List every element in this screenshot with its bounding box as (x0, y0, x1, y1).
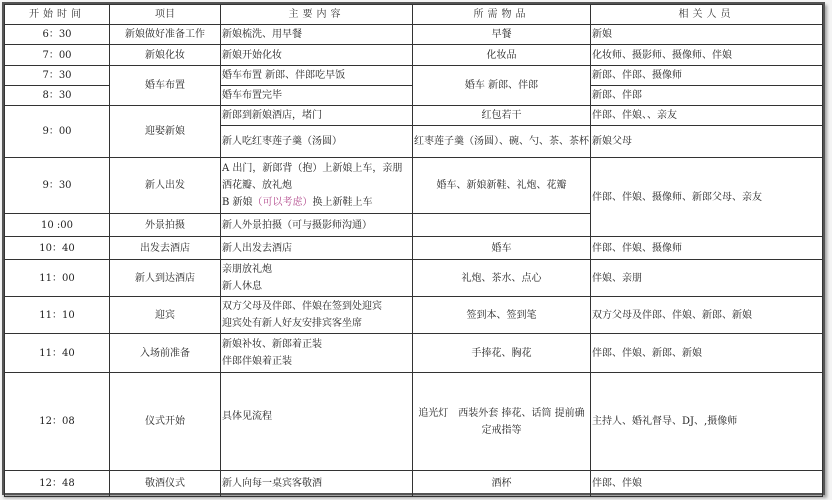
header-time: 开始时间 (5, 5, 110, 25)
people-cell: 新娘父母 (591, 126, 823, 158)
people-cell: 伴郎、伴娘、新郎、新娘 (591, 334, 823, 373)
header-row: 开始时间 项目 主要内容 所需物品 相关人员 (5, 5, 823, 25)
content-cell: 新娘梳洗、用早餐 (221, 25, 413, 45)
content-line-2: 伴郎伴娘着正装 (222, 353, 411, 370)
item-cell: 迎娶新娘 (110, 106, 221, 158)
content-cell: 婚车布置 新郎、伴郎吃早饭 (221, 66, 413, 86)
content-cell: 新娘开始化妆 (221, 45, 413, 66)
time-cell: 12：48 (5, 471, 110, 497)
item-cell: 仪式开始 (110, 373, 221, 471)
table-row: 11：00 新人到达酒店 亲朋放礼炮 新人休息 礼炮、茶水、点心 伴娘、亲朋 (5, 260, 823, 297)
content-line-2: 迎宾处有新人好友安排宾客坐席 (222, 315, 411, 332)
people-cell: 伴郎、伴娘、摄像师 (591, 237, 823, 260)
time-cell: 8：30 (5, 86, 110, 106)
supplies-cell: 红枣莲子羹（汤圆）、碗、勺、茶、茶杯 (413, 126, 591, 158)
supplies-cell: 手捧花、胸花 (413, 334, 591, 373)
people-cell: 化妆师、摄影师、摄像师、伴娘 (591, 45, 823, 66)
table-row: 11：40 入场前准备 新娘补妆、新郎着正装 伴郎伴娘着正装 手捧花、胸花 伴郎… (5, 334, 823, 373)
table-row: 12：48 敬酒仪式 新人向每一桌宾客敬酒 酒杯 伴郎、伴娘 (5, 471, 823, 497)
people-cell: 伴郎、伴娘、摄像师、新郎父母、亲友 (591, 158, 823, 237)
wedding-schedule-table: 开始时间 项目 主要内容 所需物品 相关人员 6：30 新娘做好准备工作 新娘梳… (4, 4, 823, 497)
content-line-1: 双方父母及伴郎、伴娘在签到处迎宾 (222, 298, 411, 315)
content-cell: 双方父母及伴郎、伴娘在签到处迎宾 迎宾处有新人好友安排宾客坐席 (221, 297, 413, 334)
item-cell: 新人出发 (110, 158, 221, 214)
content-cell: 新娘补妆、新郎着正装 伴郎伴娘着正装 (221, 334, 413, 373)
people-cell: 伴郎、伴娘 (591, 471, 823, 497)
header-people: 相关人员 (591, 5, 823, 25)
supplies-cell: 婚车、新娘新鞋、礼炮、花瓣 (413, 158, 591, 214)
people-cell: 主持人、婚礼督导、DJ、,摄像师 (591, 373, 823, 471)
supplies-cell: 红包若干 (413, 106, 591, 126)
people-cell: 伴娘、亲朋 (591, 260, 823, 297)
item-cell: 迎宾 (110, 297, 221, 334)
supplies-cell: 礼炮、茶水、点心 (413, 260, 591, 297)
time-cell: 10：40 (5, 237, 110, 260)
item-cell: 入场前准备 (110, 334, 221, 373)
people-cell: 双方父母及伴郎、伴娘、新郎、新娘 (591, 297, 823, 334)
people-cell: 新郎、伴郎 (591, 86, 823, 106)
table-row: 11：10 迎宾 双方父母及伴郎、伴娘在签到处迎宾 迎宾处有新人好友安排宾客坐席… (5, 297, 823, 334)
content-b-prefix: B 新娘 (222, 197, 253, 208)
content-cell: 新人吃红枣莲子羹（汤圆） (221, 126, 413, 158)
time-cell: 11：10 (5, 297, 110, 334)
header-supplies: 所需物品 (413, 5, 591, 25)
content-cell: 新人出发去酒店 (221, 237, 413, 260)
table-row: 9：30 新人出发 A 出门，新郎背（抱）上新娘上车，亲朋洒花瓣、放礼炮 B 新… (5, 158, 823, 214)
time-cell: 7：00 (5, 45, 110, 66)
people-cell: 新郎、伴郎、摄像师 (591, 66, 823, 86)
content-b-suffix: 换上新鞋上车 (313, 197, 373, 208)
item-cell: 新人到达酒店 (110, 260, 221, 297)
time-cell: 6：30 (5, 25, 110, 45)
supplies-cell: 追光灯 西装外套 捧花、话筒 提前确定戒指等 (413, 373, 591, 471)
people-cell: 伴郎、伴娘、、亲友 (591, 106, 823, 126)
content-cell: 新人外景拍摄（可与摄影师沟通） (221, 214, 413, 237)
item-cell: 新娘化妆 (110, 45, 221, 66)
item-cell: 敬酒仪式 (110, 471, 221, 497)
item-cell: 外景拍摄 (110, 214, 221, 237)
item-cell: 婚车布置 (110, 66, 221, 106)
content-line-b: B 新娘（可以考虑）换上新鞋上车 (222, 194, 411, 211)
table-row: 6：30 新娘做好准备工作 新娘梳洗、用早餐 早餐 新娘 (5, 25, 823, 45)
header-content: 主要内容 (221, 5, 413, 25)
schedule-sheet: 开始时间 项目 主要内容 所需物品 相关人员 6：30 新娘做好准备工作 新娘梳… (2, 2, 825, 495)
time-cell: 7：30 (5, 66, 110, 86)
item-cell: 出发去酒店 (110, 237, 221, 260)
content-cell: 婚车布置完毕 (221, 86, 413, 106)
people-cell: 新娘 (591, 25, 823, 45)
time-cell: 11：40 (5, 334, 110, 373)
table-row: 9：00 迎娶新娘 新郎到新娘酒店，堵门 红包若干 伴郎、伴娘、、亲友 (5, 106, 823, 126)
content-line-1: 新娘补妆、新郎着正装 (222, 336, 411, 353)
supplies-cell: 早餐 (413, 25, 591, 45)
content-cell: 亲朋放礼炮 新人休息 (221, 260, 413, 297)
content-cell: 具体见流程 (221, 373, 413, 471)
supplies-cell: 婚车 新郎、伴郎 (413, 66, 591, 106)
content-b-note: （可以考虑） (253, 197, 313, 208)
content-line-a: A 出门，新郎背（抱）上新娘上车，亲朋洒花瓣、放礼炮 (222, 160, 411, 194)
header-item: 项目 (110, 5, 221, 25)
content-cell: 新人向每一桌宾客敬酒 (221, 471, 413, 497)
content-line-2: 新人休息 (222, 278, 411, 295)
time-cell: 9：30 (5, 158, 110, 214)
content-cell: 新郎到新娘酒店，堵门 (221, 106, 413, 126)
content-line-1: 亲朋放礼炮 (222, 261, 411, 278)
content-cell: A 出门，新郎背（抱）上新娘上车，亲朋洒花瓣、放礼炮 B 新娘（可以考虑）换上新… (221, 158, 413, 214)
time-cell: 10 :00 (5, 214, 110, 237)
table-row: 7：00 新娘化妆 新娘开始化妆 化妆品 化妆师、摄影师、摄像师、伴娘 (5, 45, 823, 66)
supplies-cell (413, 214, 591, 237)
table-row: 10：40 出发去酒店 新人出发去酒店 婚车 伴郎、伴娘、摄像师 (5, 237, 823, 260)
supplies-cell: 化妆品 (413, 45, 591, 66)
table-row: 7：30 婚车布置 婚车布置 新郎、伴郎吃早饭 婚车 新郎、伴郎 新郎、伴郎、摄… (5, 66, 823, 86)
supplies-cell: 签到本、签到笔 (413, 297, 591, 334)
supplies-cell: 酒杯 (413, 471, 591, 497)
time-cell: 9：00 (5, 106, 110, 158)
item-cell: 新娘做好准备工作 (110, 25, 221, 45)
time-cell: 11：00 (5, 260, 110, 297)
supplies-cell: 婚车 (413, 237, 591, 260)
time-cell: 12：08 (5, 373, 110, 471)
table-row: 12：08 仪式开始 具体见流程 追光灯 西装外套 捧花、话筒 提前确定戒指等 … (5, 373, 823, 471)
